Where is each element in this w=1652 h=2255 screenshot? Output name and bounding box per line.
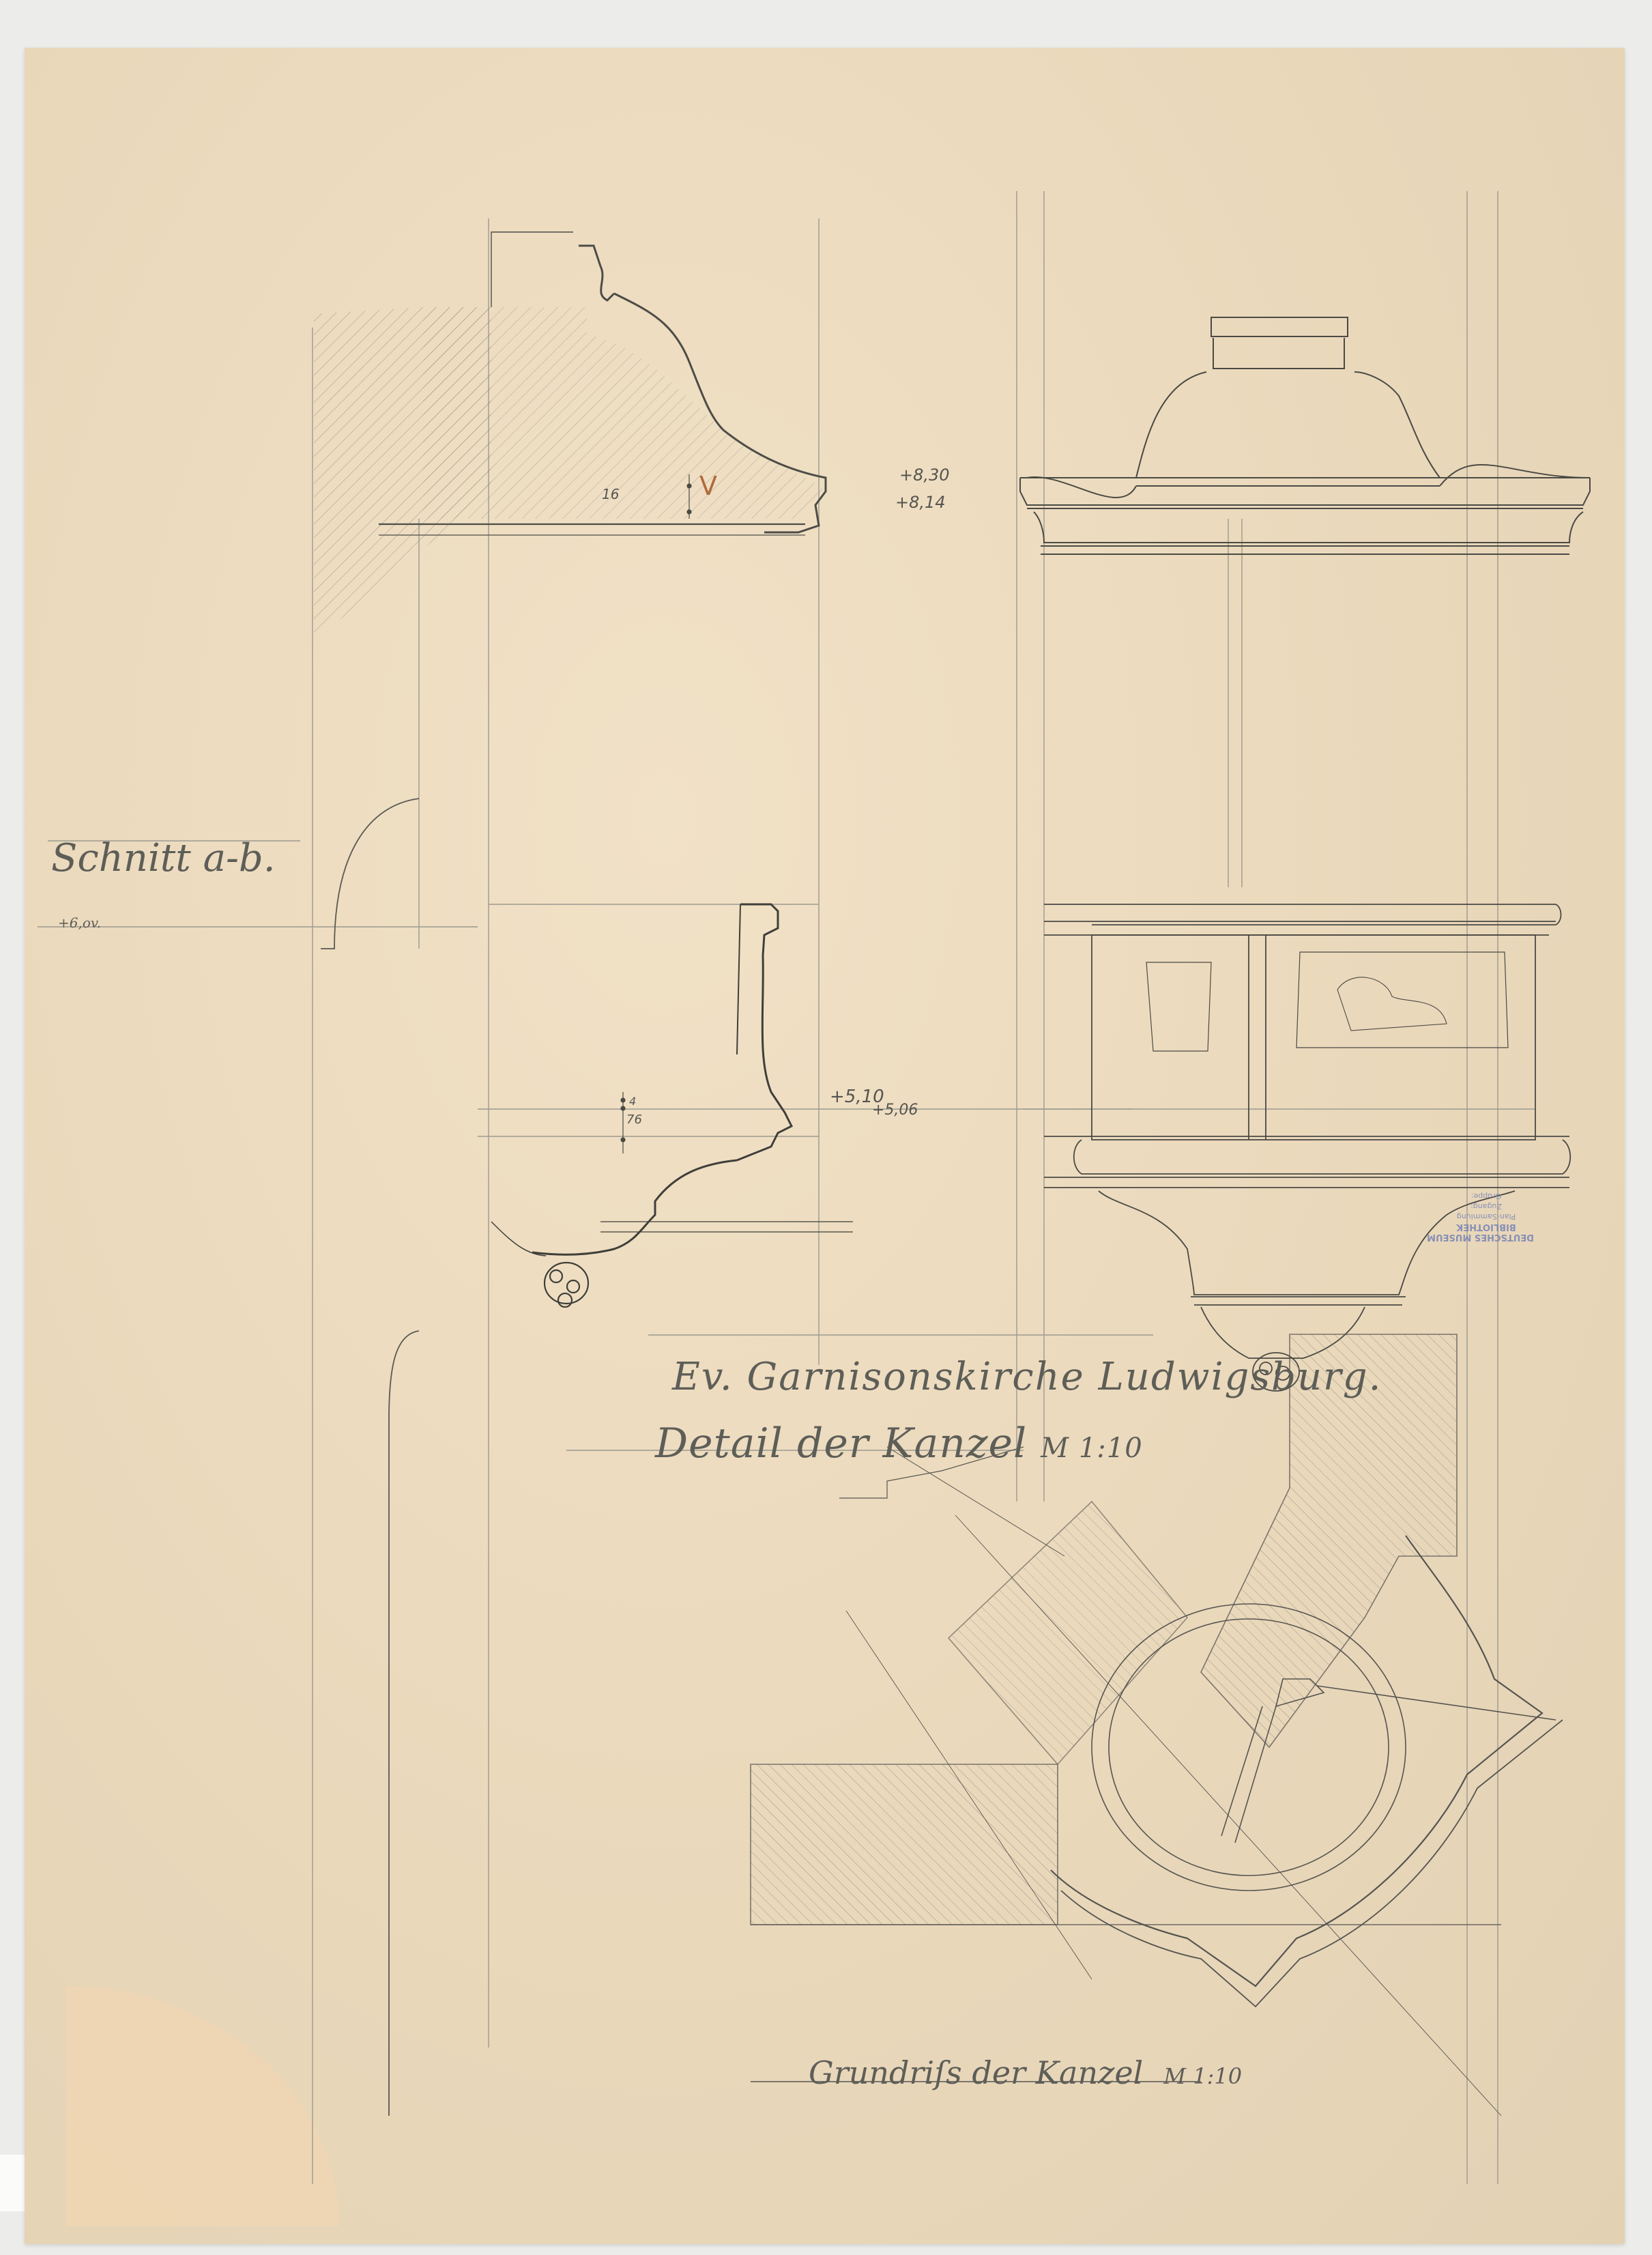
floor-offset-dimension: 4 xyxy=(629,1095,636,1108)
elevation-canopy-top: +8,30 xyxy=(899,465,950,485)
section-label: Schnitt a-b. xyxy=(51,836,276,880)
canopy-section xyxy=(314,232,826,642)
elevation-canopy-bottom: +8,14 xyxy=(895,493,946,512)
plan-scale: M 1:10 xyxy=(1163,2063,1242,2089)
canopy-elevation xyxy=(1020,317,1590,554)
stamp-line: BIBLIOTHEK xyxy=(1438,1222,1534,1232)
stamp-line: Plan-Sammlung xyxy=(1438,1211,1534,1222)
pulpit-section xyxy=(491,904,853,1307)
stamp-line: Gruppe: xyxy=(1438,1191,1534,1201)
plan-label-text: Grundriſs der Kanzel xyxy=(809,2054,1143,2091)
subtitle-scale: M 1:10 xyxy=(1041,1433,1143,1464)
drawing-subtitle: Detail der KanzelM 1:10 xyxy=(655,1420,1143,1467)
arch-left xyxy=(321,799,419,2116)
library-stamp: DEUTSCHES MUSEUM BIBLIOTHEK Plan-Sammlun… xyxy=(1438,1191,1534,1242)
subtitle-text: Detail der Kanzel xyxy=(655,1420,1027,1467)
acanthus-ornament-left xyxy=(545,1263,588,1307)
drawing-title: Ev. Garnisonskirche Ludwigsburg. xyxy=(672,1355,1382,1399)
canopy-thickness-dimension: 16 xyxy=(602,486,619,502)
dimension-markers xyxy=(621,474,691,1153)
plan-label: Grundriſs der KanzelM 1:10 xyxy=(809,2054,1242,2091)
elevation-floor-lower: +5,06 xyxy=(872,1102,918,1119)
pulpit-elevation xyxy=(1044,904,1570,1391)
architectural-drawing xyxy=(0,0,1652,2255)
stamp-line: DEUTSCHES MUSEUM xyxy=(1438,1232,1534,1242)
check-mark: V xyxy=(699,471,717,501)
stamp-line: Zugang: xyxy=(1438,1201,1534,1211)
section-note: +6,ov. xyxy=(58,915,101,931)
floor-thickness-dimension: 76 xyxy=(626,1112,642,1127)
